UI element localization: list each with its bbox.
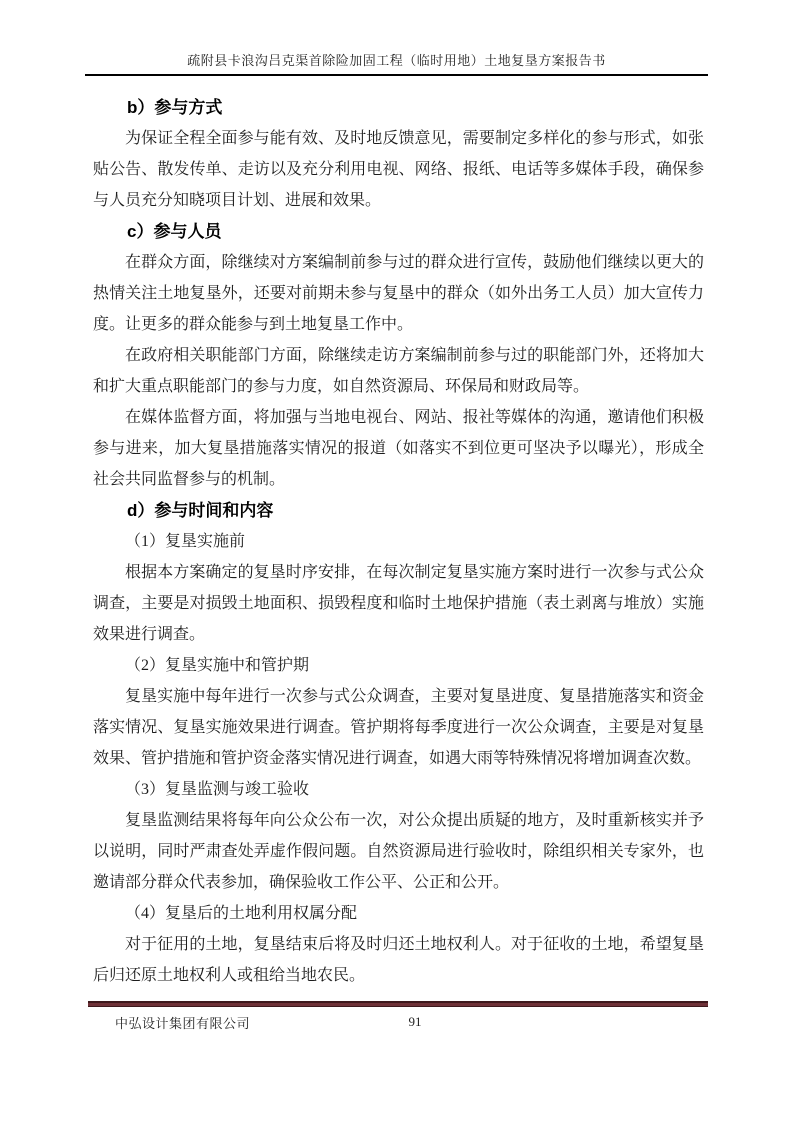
paragraph: 在群众方面，除继续对方案编制前参与过的群众进行宣传，鼓励他们继续以更大的热情关注… <box>93 247 704 340</box>
footer-company-name: 中弘设计集团有限公司 <box>115 1013 250 1032</box>
section-subheading: （1）复垦实施前 <box>93 526 704 557</box>
section-heading: c）参与人员 <box>93 216 704 247</box>
paragraph: 复垦实施中每年进行一次参与式公众调查，主要对复垦进度、复垦措施落实和资金落实情况… <box>93 681 704 774</box>
document-page: 疏附县卡浪沟吕克渠首除险加固工程（临时用地）土地复垦方案报告书 b）参与方式为保… <box>0 0 793 1122</box>
page-header-title: 疏附县卡浪沟吕克渠首除险加固工程（临时用地）土地复垦方案报告书 <box>85 52 708 76</box>
footer-rule <box>88 1001 708 1007</box>
section-subheading: （3）复垦监测与竣工验收 <box>93 774 704 805</box>
paragraph: 在媒体监督方面，将加强与当地电视台、网站、报社等媒体的沟通，邀请他们积极参与进来… <box>93 402 704 495</box>
paragraph: 对于征用的土地，复垦结束后将及时归还土地权利人。对于征收的土地，希望复垦后归还原… <box>93 929 704 991</box>
paragraph: 复垦监测结果将每年向公众公布一次，对公众提出质疑的地方，及时重新核实并予以说明，… <box>93 805 704 898</box>
paragraph: 在政府相关职能部门方面，除继续走访方案编制前参与过的职能部门外，还将加大和扩大重… <box>93 340 704 402</box>
document-body: b）参与方式为保证全程全面参与能有效、及时地反馈意见，需要制定多样化的参与形式，… <box>93 92 704 991</box>
section-heading: b）参与方式 <box>93 92 704 123</box>
section-subheading: （2）复垦实施中和管护期 <box>93 650 704 681</box>
section-subheading: （4）复垦后的土地利用权属分配 <box>93 898 704 929</box>
paragraph: 为保证全程全面参与能有效、及时地反馈意见，需要制定多样化的参与形式，如张贴公告、… <box>93 123 704 216</box>
paragraph: 根据本方案确定的复垦时序安排，在每次制定复垦实施方案时进行一次参与式公众调查，主… <box>93 557 704 650</box>
page-number: 91 <box>385 1014 445 1030</box>
section-heading: d）参与时间和内容 <box>93 495 704 526</box>
